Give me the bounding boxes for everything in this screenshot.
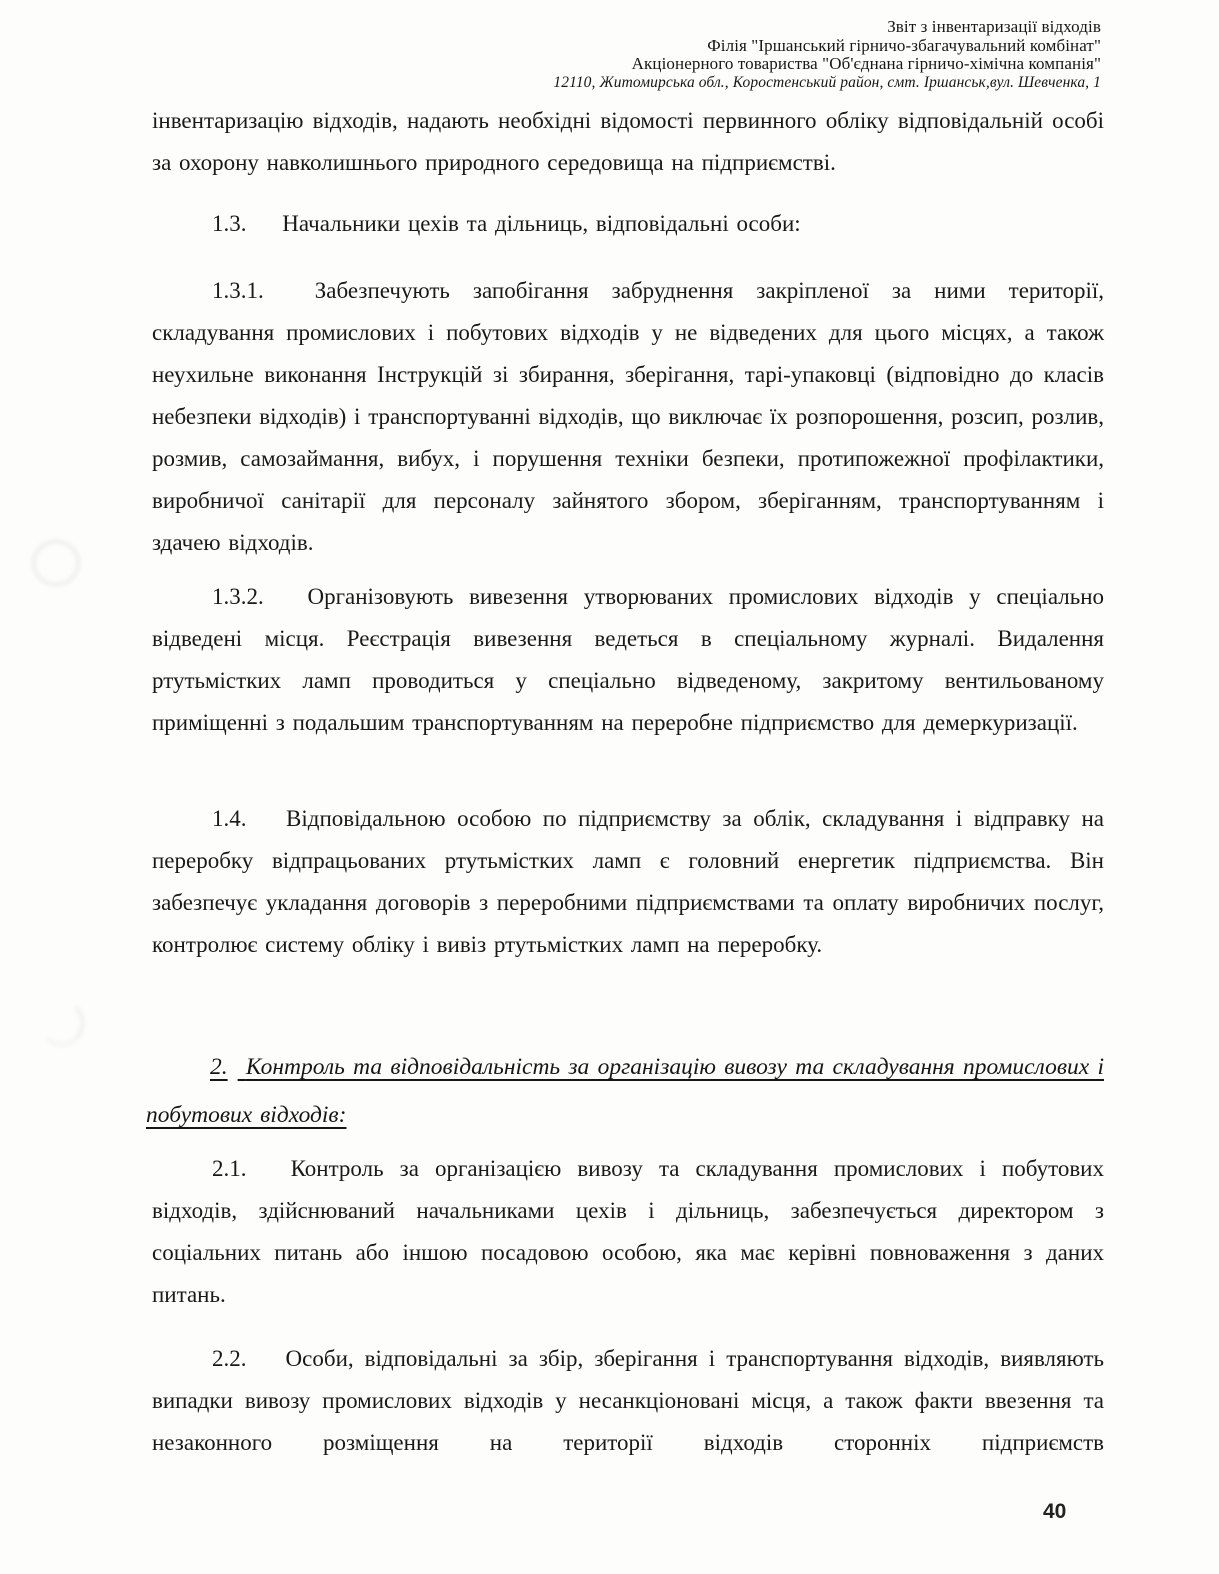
company-address: 12110, Житомирська обл., Коростенський р… [553, 74, 1101, 93]
clause-text: Організовують вивезення утворюваних пром… [152, 584, 1104, 735]
paragraph-1-4: 1.4. Відповідальною особою по підприємст… [152, 798, 1104, 966]
section-number: 2. [210, 1054, 228, 1080]
paragraph-2-1: 2.1. Контроль за організацією вивозу та … [152, 1148, 1104, 1316]
clause-text: Забезпечують запобігання забруднення зак… [152, 278, 1104, 555]
paragraph-1-3-2: 1.3.2. Організовують вивезення утворюван… [152, 576, 1104, 744]
clause-number: 1.3. [212, 211, 247, 236]
clause-number: 1.3.1. [212, 278, 264, 303]
clause-text: Відповідальною особою по підприємству за… [152, 806, 1104, 957]
page-number: 40 [1043, 1500, 1066, 1524]
clause-text: Особи, відповідальні за збір, зберігання… [152, 1346, 1104, 1455]
report-title: Звіт з інвентаризації відходів [553, 18, 1101, 37]
paragraph-1-3: 1.3. Начальники цехів та дільниць, відпо… [152, 203, 1104, 245]
hole-punch-mark-bottom [40, 1000, 84, 1046]
paragraph-1-3-1: 1.3.1. Забезпечують запобігання забрудне… [152, 270, 1104, 564]
clause-number: 2.2. [212, 1346, 247, 1371]
scanned-document-page: Звіт з інвентаризації відходів Філія "Ір… [0, 0, 1219, 1574]
company-name: Акціонерного товариства "Об'єднана гірни… [553, 55, 1101, 74]
clause-text: Начальники цехів та дільниць, відповідал… [282, 211, 800, 236]
clause-number: 1.3.2. [212, 584, 264, 609]
section-heading-text: Контроль та відповідальність за організа… [146, 1054, 1104, 1128]
paragraph-2-2: 2.2. Особи, відповідальні за збір, збері… [152, 1338, 1104, 1464]
section-2-heading: 2. Контроль та відповідальність за орган… [146, 1043, 1104, 1139]
paragraph-text: інвентаризацію відходів, надають необхід… [152, 108, 1104, 175]
hole-punch-mark-top [32, 540, 80, 586]
clause-number: 2.1. [212, 1156, 247, 1181]
document-header: Звіт з інвентаризації відходів Філія "Ір… [553, 18, 1101, 92]
paragraph-intro-continuation: інвентаризацію відходів, надають необхід… [152, 100, 1104, 184]
clause-number: 1.4. [212, 806, 247, 831]
clause-text: Контроль за організацією вивозу та склад… [152, 1156, 1104, 1307]
branch-name: Філія "Іршанський гірничо-збагачувальний… [553, 37, 1101, 56]
